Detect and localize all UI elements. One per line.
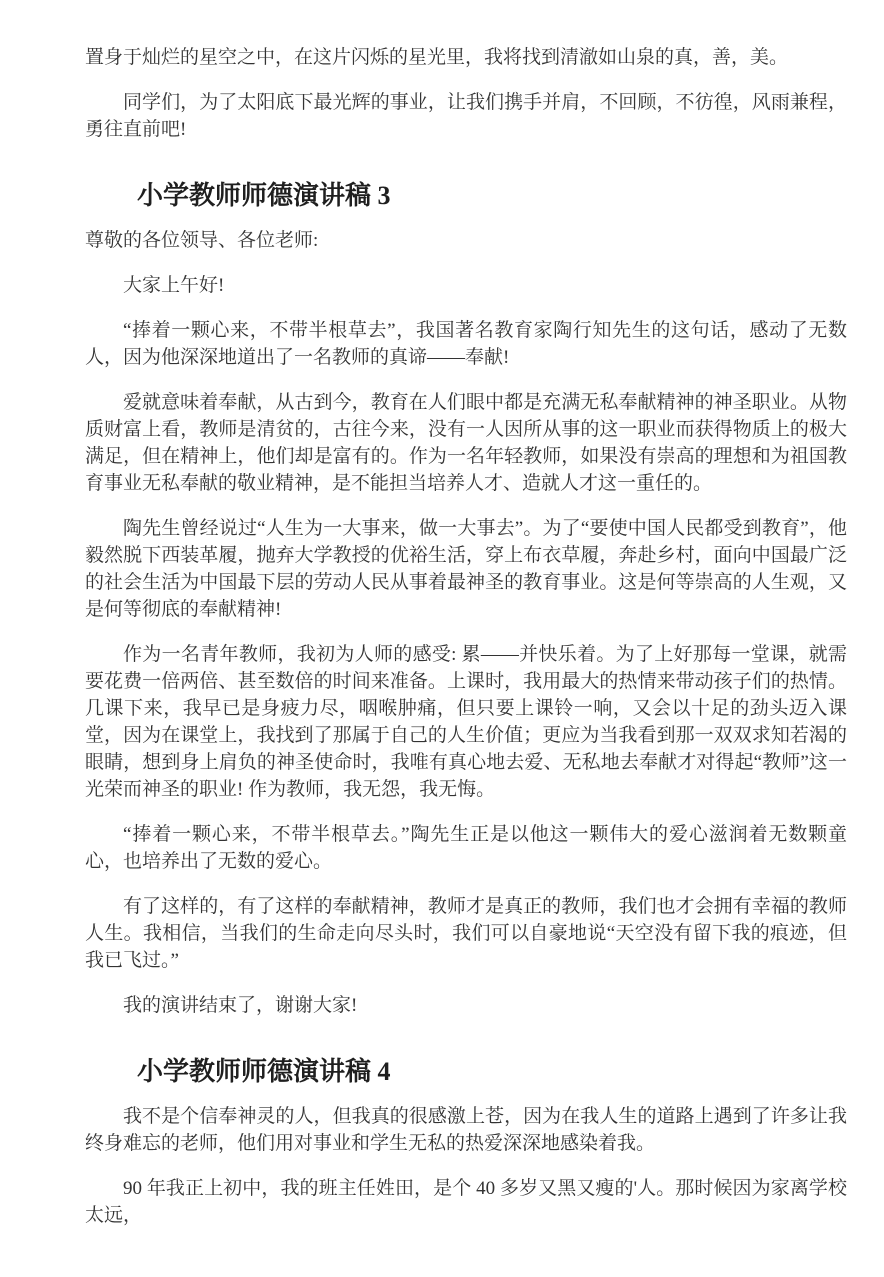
paragraph-salutation: 尊敬的各位领导、各位老师: (85, 227, 847, 254)
paragraph-closing: 我的演讲结束了，谢谢大家! (85, 992, 847, 1019)
section-heading-3: 小学教师师德演讲稿 3 (85, 179, 847, 213)
section-heading-4: 小学教师师德演讲稿 4 (85, 1055, 847, 1089)
paragraph: 90 年我正上初中，我的班主任姓田，是个 40 多岁又黑又瘦的'人。那时候因为家… (85, 1175, 847, 1229)
paragraph-continuation: 置身于灿烂的星空之中，在这片闪烁的星光里，我将找到清澈如山泉的真，善，美。 (85, 44, 847, 71)
document-page: 置身于灿烂的星空之中，在这片闪烁的星光里，我将找到清澈如山泉的真，善，美。 同学… (0, 0, 884, 1277)
paragraph: 同学们，为了太阳底下最光辉的事业，让我们携手并肩，不回顾，不彷徨，风雨兼程，勇往… (85, 89, 847, 143)
paragraph: 作为一名青年教师，我初为人师的感受: 累——并快乐着。为了上好那每一堂课，就需要… (85, 641, 847, 803)
paragraph: “捧着一颗心来，不带半根草去”，我国著名教育家陶行知先生的这句话，感动了无数人，… (85, 317, 847, 371)
paragraph: 有了这样的，有了这样的奉献精神，教师才是真正的教师，我们也才会拥有幸福的教师人生… (85, 893, 847, 974)
paragraph: 爱就意味着奉献，从古到今，教育在人们眼中都是充满无私奉献精神的神圣职业。从物质财… (85, 389, 847, 497)
paragraph: 陶先生曾经说过“人生为一大事来，做一大事去”。为了“要使中国人民都受到教育”，他… (85, 515, 847, 623)
paragraph-greeting: 大家上午好! (85, 272, 847, 299)
paragraph: “捧着一颗心来，不带半根草去。”陶先生正是以他这一颗伟大的爱心滋润着无数颗童心，… (85, 821, 847, 875)
paragraph: 我不是个信奉神灵的人，但我真的很感激上苍，因为在我人生的道路上遇到了许多让我终身… (85, 1103, 847, 1157)
